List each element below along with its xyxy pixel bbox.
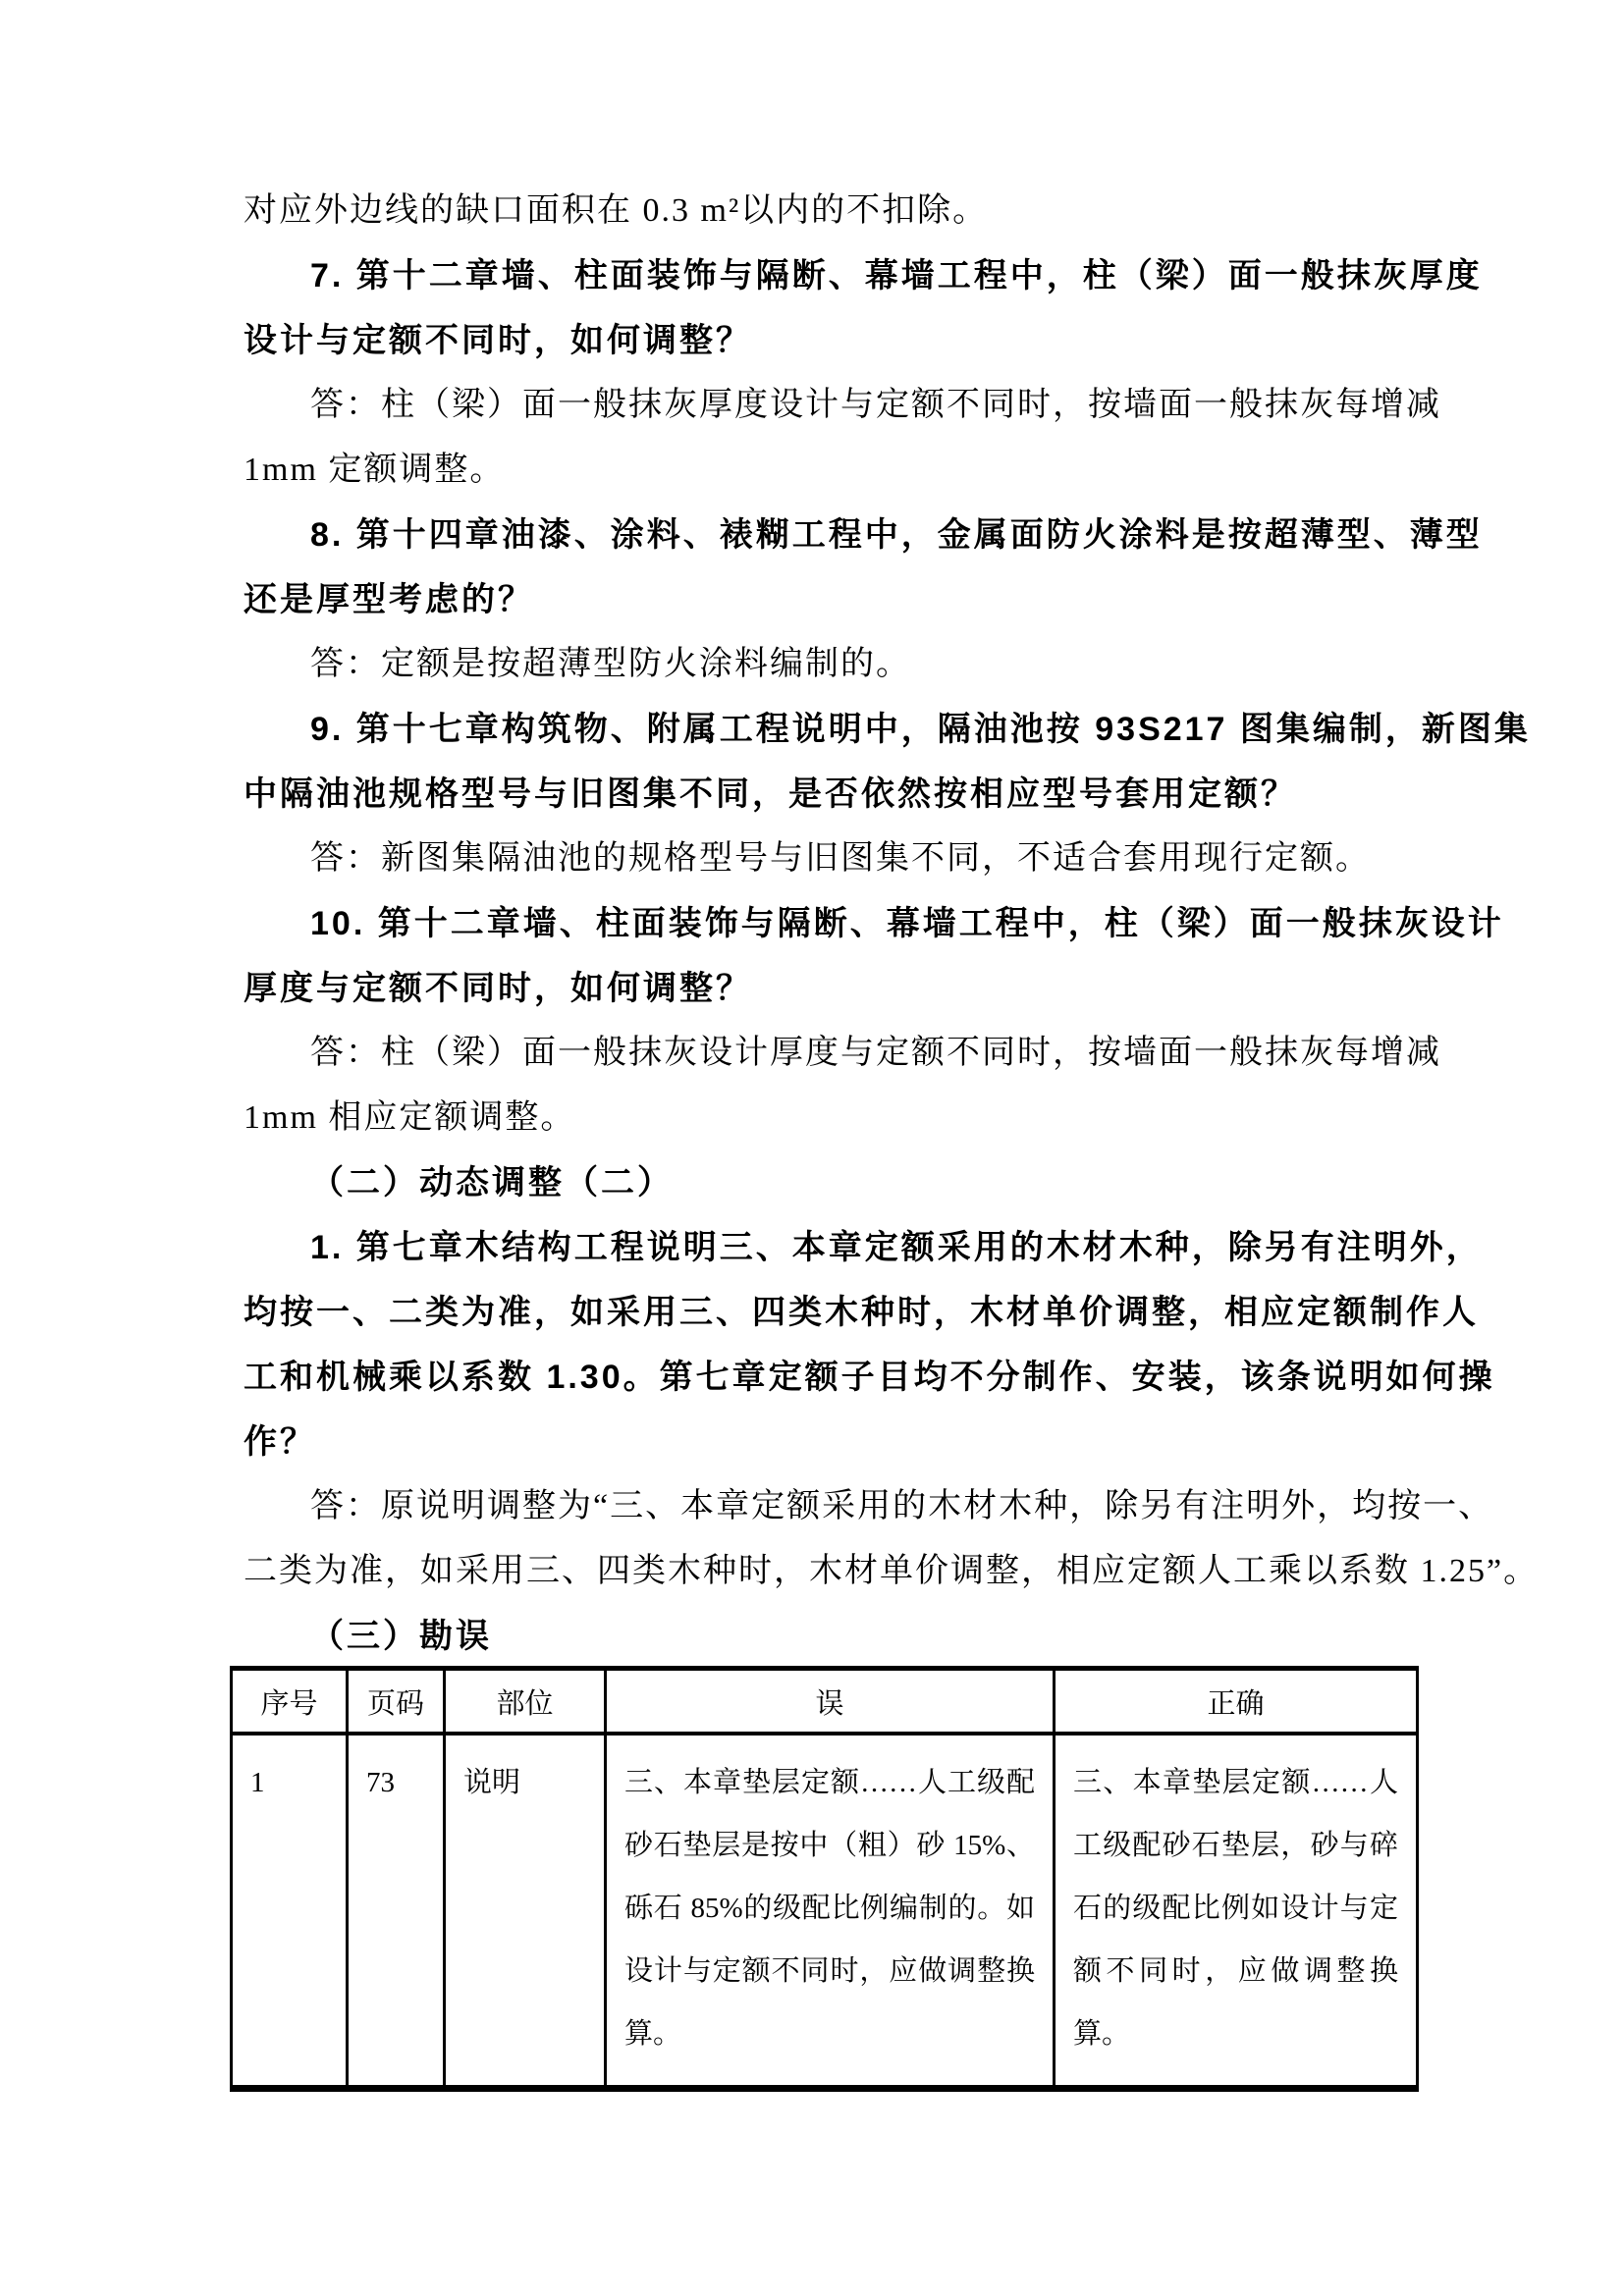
answer-8-line-1: 答：定额是按超薄型防火涂料编制的。 — [244, 632, 1402, 697]
errata-header-row: 序号 页码 部位 误 正确 — [232, 1669, 1418, 1735]
errata-row: 1 73 说明 三、本章垫层定额……人工级配砂石垫层是按中（粗）砂 15%、砾石… — [232, 1734, 1418, 2089]
question-1-line-1: 1. 第七章木结构工程说明三、本章定额采用的木材木种，除另有注明外， — [244, 1215, 1402, 1280]
answer-9-line-1: 答：新图集隔油池的规格型号与旧图集不同，不适合套用现行定额。 — [244, 827, 1402, 891]
errata-cell-page: 73 — [348, 1734, 445, 2089]
question-9-line-2: 中隔油池规格型号与旧图集不同，是否依然按相应型号套用定额？ — [244, 762, 1402, 827]
section-heading-errata: （三）勘误 — [244, 1604, 1402, 1669]
errata-cell-wrong: 三、本章垫层定额……人工级配砂石垫层是按中（粗）砂 15%、砾石 85%的级配比… — [606, 1734, 1055, 2089]
question-1-line-2: 均按一、二类为准，如采用三、四类木种时，木材单价调整，相应定额制作人 — [244, 1280, 1402, 1345]
answer-7-line-2: 1mm 定额调整。 — [244, 438, 1402, 503]
question-9-line-1: 9. 第十七章构筑物、附属工程说明中，隔油池按 93S217 图集编制，新图集 — [244, 697, 1402, 762]
section-heading-dynamic-adjustment: （二）动态调整（二） — [244, 1150, 1402, 1215]
question-8-line-1: 8. 第十四章油漆、涂料、裱糊工程中，金属面防火涂料是按超薄型、薄型 — [244, 503, 1402, 567]
answer-10-line-2: 1mm 相应定额调整。 — [244, 1086, 1402, 1150]
answer-1-line-1: 答：原说明调整为“三、本章定额采用的木材木种，除另有注明外，均按一、 — [244, 1474, 1402, 1539]
document-body: 对应外边线的缺口面积在 0.3 m²以内的不扣除。 7. 第十二章墙、柱面装饰与… — [244, 179, 1402, 1669]
errata-header-seq: 序号 — [232, 1669, 348, 1735]
question-1-line-4: 作？ — [244, 1410, 1402, 1474]
errata-header-part: 部位 — [445, 1669, 606, 1735]
answer-10-line-1: 答：柱（梁）面一般抹灰设计厚度与定额不同时，按墙面一般抹灰每增减 — [244, 1021, 1402, 1086]
errata-cell-seq: 1 — [232, 1734, 348, 2089]
document-page: 对应外边线的缺口面积在 0.3 m²以内的不扣除。 7. 第十二章墙、柱面装饰与… — [0, 0, 1624, 2296]
question-7-line-2: 设计与定额不同时，如何调整？ — [244, 308, 1402, 373]
errata-header-correct: 正确 — [1055, 1669, 1418, 1735]
answer-1-line-2: 二类为准，如采用三、四类木种时，木材单价调整，相应定额人工乘以系数 1.25”。 — [244, 1539, 1402, 1604]
errata-header-page: 页码 — [348, 1669, 445, 1735]
question-7-line-1: 7. 第十二章墙、柱面装饰与隔断、幕墙工程中，柱（梁）面一般抹灰厚度 — [244, 243, 1402, 308]
answer-continuation-line: 对应外边线的缺口面积在 0.3 m²以内的不扣除。 — [244, 179, 1402, 243]
answer-7-line-1: 答：柱（梁）面一般抹灰厚度设计与定额不同时，按墙面一般抹灰每增减 — [244, 373, 1402, 438]
question-10-line-2: 厚度与定额不同时，如何调整？ — [244, 956, 1402, 1021]
errata-table: 序号 页码 部位 误 正确 1 73 说明 三、本章垫层定额……人工级配砂石垫层… — [230, 1666, 1419, 2092]
question-10-line-1: 10. 第十二章墙、柱面装饰与隔断、幕墙工程中，柱（梁）面一般抹灰设计 — [244, 891, 1402, 956]
question-1-line-3: 工和机械乘以系数 1.30。第七章定额子目均不分制作、安装，该条说明如何操 — [244, 1345, 1402, 1410]
errata-header-wrong: 误 — [606, 1669, 1055, 1735]
errata-cell-correct: 三、本章垫层定额……人工级配砂石垫层，砂与碎石的级配比例如设计与定额不同时，应做… — [1055, 1734, 1418, 2089]
errata-cell-part: 说明 — [445, 1734, 606, 2089]
question-8-line-2: 还是厚型考虑的？ — [244, 567, 1402, 632]
